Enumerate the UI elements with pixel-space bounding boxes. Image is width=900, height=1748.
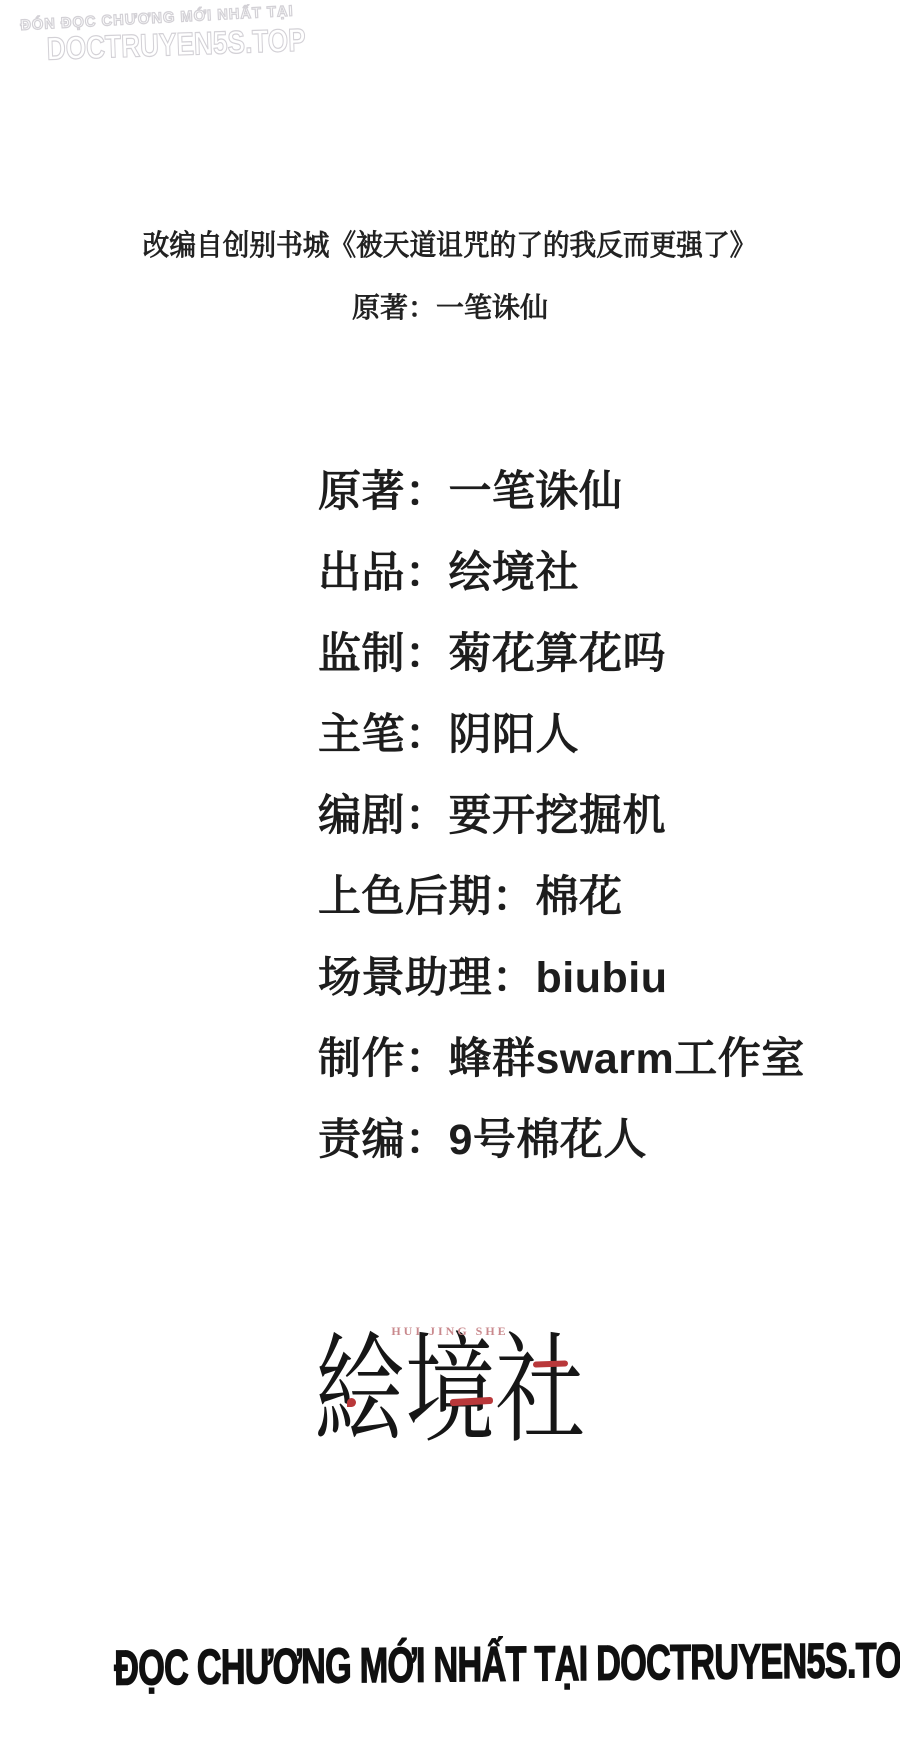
credit-row-original-author: 原著：一笔诛仙 — [318, 452, 805, 533]
studio-logo: HUI JING SHE 絵境社 — [290, 1318, 610, 1468]
credit-row-screenwriter: 编剧：要开挖掘机 — [318, 776, 805, 857]
original-author-line: 原著：一笔诛仙 — [0, 286, 900, 326]
studio-logo-romanized: HUI JING SHE — [290, 1324, 610, 1339]
watermark-site-url: DOCTRUYEN5S.TOP — [46, 22, 306, 68]
adaptation-source-text: 改编自创别书城《被天道诅咒的了的我反而更强了》 — [143, 223, 757, 264]
credit-row-production-studio: 制作：蜂群swarm工作室 — [318, 1019, 805, 1100]
site-watermark-top: ĐÓN ĐỌC CHƯƠNG MỚI NHẤT TẠI DOCTRUYEN5S.… — [17, 5, 289, 68]
credit-row-scene-assistant: 场景助理：biubiu — [318, 938, 805, 1019]
site-banner-bottom: ĐỌC CHƯƠNG MỚI NHẤT TẠI DOCTRUYEN5S.TOP — [0, 1640, 900, 1690]
credits-list: 原著：一笔诛仙 出品：绘境社 监制：菊花算花吗 主笔：阴阳人 编剧：要开挖掘机 … — [318, 452, 805, 1181]
logo-red-top-stroke-accent — [533, 1360, 568, 1367]
logo-red-dot-accent — [347, 1398, 356, 1407]
site-banner-text: ĐỌC CHƯƠNG MỚI NHẤT TẠI DOCTRUYEN5S.TOP — [114, 1633, 900, 1697]
adaptation-source-line: 改编自创别书城《被天道诅咒的了的我反而更强了》 — [0, 223, 900, 264]
credit-row-producer: 出品：绘境社 — [318, 533, 805, 614]
credit-row-coloring: 上色后期：棉花 — [318, 857, 805, 938]
credit-row-supervisor: 监制：菊花算花吗 — [318, 614, 805, 695]
credit-row-editor: 责编：9号棉花人 — [318, 1100, 805, 1181]
credit-row-lead-artist: 主笔：阴阳人 — [318, 695, 805, 776]
